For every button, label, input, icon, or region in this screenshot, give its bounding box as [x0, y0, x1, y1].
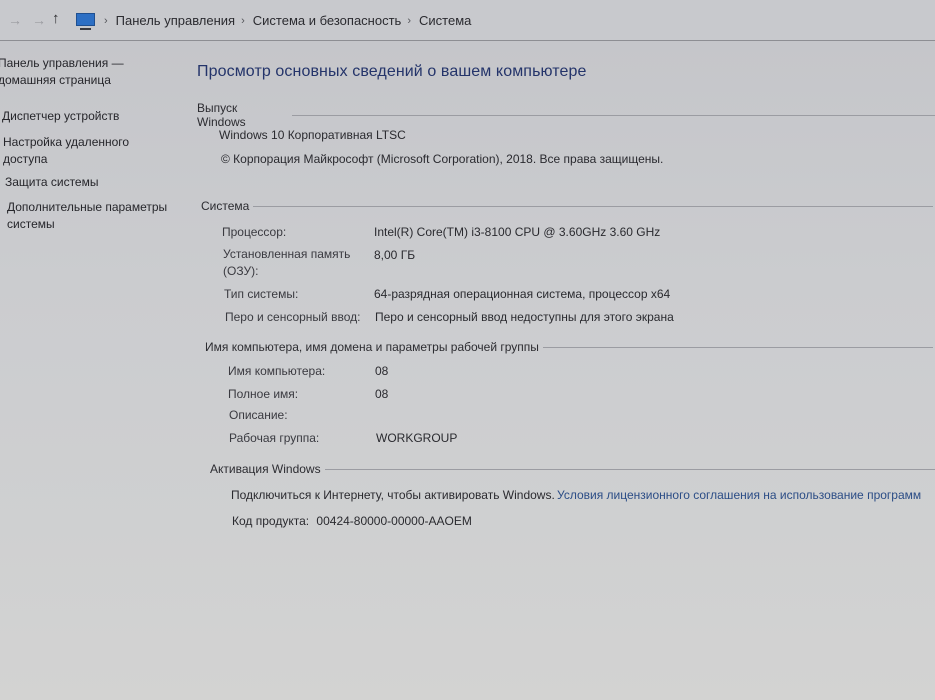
section-heading: Активация Windows	[210, 462, 321, 476]
divider	[325, 469, 935, 470]
memory-label-line2: (ОЗУ):	[223, 263, 350, 280]
sidebar-item-label: Настройка удаленного	[3, 134, 129, 151]
arrow-left-icon[interactable]: →	[8, 12, 22, 28]
section-heading: Имя компьютера, имя домена и параметры р…	[205, 340, 539, 354]
chevron-right-icon: ›	[241, 15, 245, 27]
sidebar-item-label: домашняя страница	[0, 72, 124, 89]
divider	[292, 115, 935, 116]
sidebar-item-system-protection[interactable]: Защита системы	[5, 174, 98, 191]
product-key-label: Код продукта:	[232, 514, 309, 528]
section-activation: Активация Windows	[210, 462, 935, 476]
divider	[543, 347, 933, 348]
pen-touch-label: Перо и сенсорный ввод:	[225, 309, 360, 326]
sidebar-item-device-manager[interactable]: Диспетчер устройств	[2, 108, 119, 125]
section-heading: Выпуск Windows	[197, 101, 288, 129]
breadcrumb-system-security[interactable]: Система и безопасность	[253, 13, 402, 28]
divider	[253, 206, 933, 207]
sidebar-item-control-panel-home[interactable]: Панель управления — домашняя страница	[0, 55, 124, 89]
pen-touch-value: Перо и сенсорный ввод недоступны для это…	[375, 309, 674, 326]
system-type-value: 64-разрядная операционная система, проце…	[374, 286, 670, 303]
arrow-right-icon[interactable]: →	[32, 12, 46, 28]
section-heading: Система	[201, 199, 249, 213]
system-properties-window: → → ↑ › Панель управления › Система и бе…	[0, 0, 935, 700]
memory-label-line1: Установленная память	[223, 246, 350, 263]
computer-name-label: Имя компьютера:	[228, 363, 325, 380]
product-key-row: Код продукта: 00424-80000-00000-AAOEM	[232, 513, 472, 530]
edition-copyright: © Корпорация Майкрософт (Microsoft Corpo…	[221, 151, 663, 168]
chevron-right-icon: ›	[104, 15, 108, 27]
chevron-right-icon[interactable]: ›	[407, 15, 411, 27]
sidebar-item-advanced-settings[interactable]: Дополнительные параметры системы	[7, 199, 167, 233]
computer-name-value: 08	[375, 363, 388, 380]
full-name-value: 08	[375, 386, 388, 403]
description-label: Описание:	[229, 407, 288, 424]
sidebar-item-label: Дополнительные параметры	[7, 199, 167, 216]
sidebar-item-label: Защита системы	[5, 174, 98, 191]
breadcrumb: › Панель управления › Система и безопасн…	[98, 13, 471, 28]
system-type-label: Тип системы:	[224, 286, 298, 303]
section-windows-edition: Выпуск Windows	[197, 101, 935, 129]
workgroup-label: Рабочая группа:	[229, 430, 319, 447]
page-title: Просмотр основных сведений о вашем компь…	[197, 63, 587, 81]
breadcrumb-control-panel[interactable]: Панель управления	[116, 13, 235, 28]
breadcrumb-system[interactable]: Система	[419, 13, 471, 28]
section-system: Система	[201, 199, 933, 213]
sidebar-item-label: Диспетчер устройств	[2, 108, 119, 125]
processor-value: Intel(R) Core(TM) i3-8100 CPU @ 3.60GHz …	[374, 224, 660, 241]
activation-status: Подключиться к Интернету, чтобы активиро…	[231, 487, 555, 504]
address-bar: → → ↑ › Панель управления › Система и бе…	[0, 0, 935, 41]
computer-icon	[76, 13, 95, 26]
edition-name: Windows 10 Корпоративная LTSC	[219, 127, 406, 144]
full-name-label: Полное имя:	[228, 386, 298, 403]
sidebar-item-label: доступа	[3, 151, 129, 168]
product-key-value: 00424-80000-00000-AAOEM	[316, 514, 471, 528]
sidebar-item-label: системы	[7, 216, 167, 233]
section-computer-name: Имя компьютера, имя домена и параметры р…	[205, 340, 933, 354]
memory-label: Установленная память (ОЗУ):	[223, 246, 350, 280]
memory-value: 8,00 ГБ	[374, 247, 415, 264]
license-terms-link[interactable]: Условия лицензионного соглашения на испо…	[557, 487, 921, 504]
arrow-up-icon[interactable]: ↑	[52, 10, 60, 27]
sidebar-item-label: Панель управления —	[0, 55, 124, 72]
workgroup-value: WORKGROUP	[376, 430, 457, 447]
sidebar-item-remote-settings[interactable]: Настройка удаленного доступа	[3, 134, 129, 168]
processor-label: Процессор:	[222, 224, 286, 241]
